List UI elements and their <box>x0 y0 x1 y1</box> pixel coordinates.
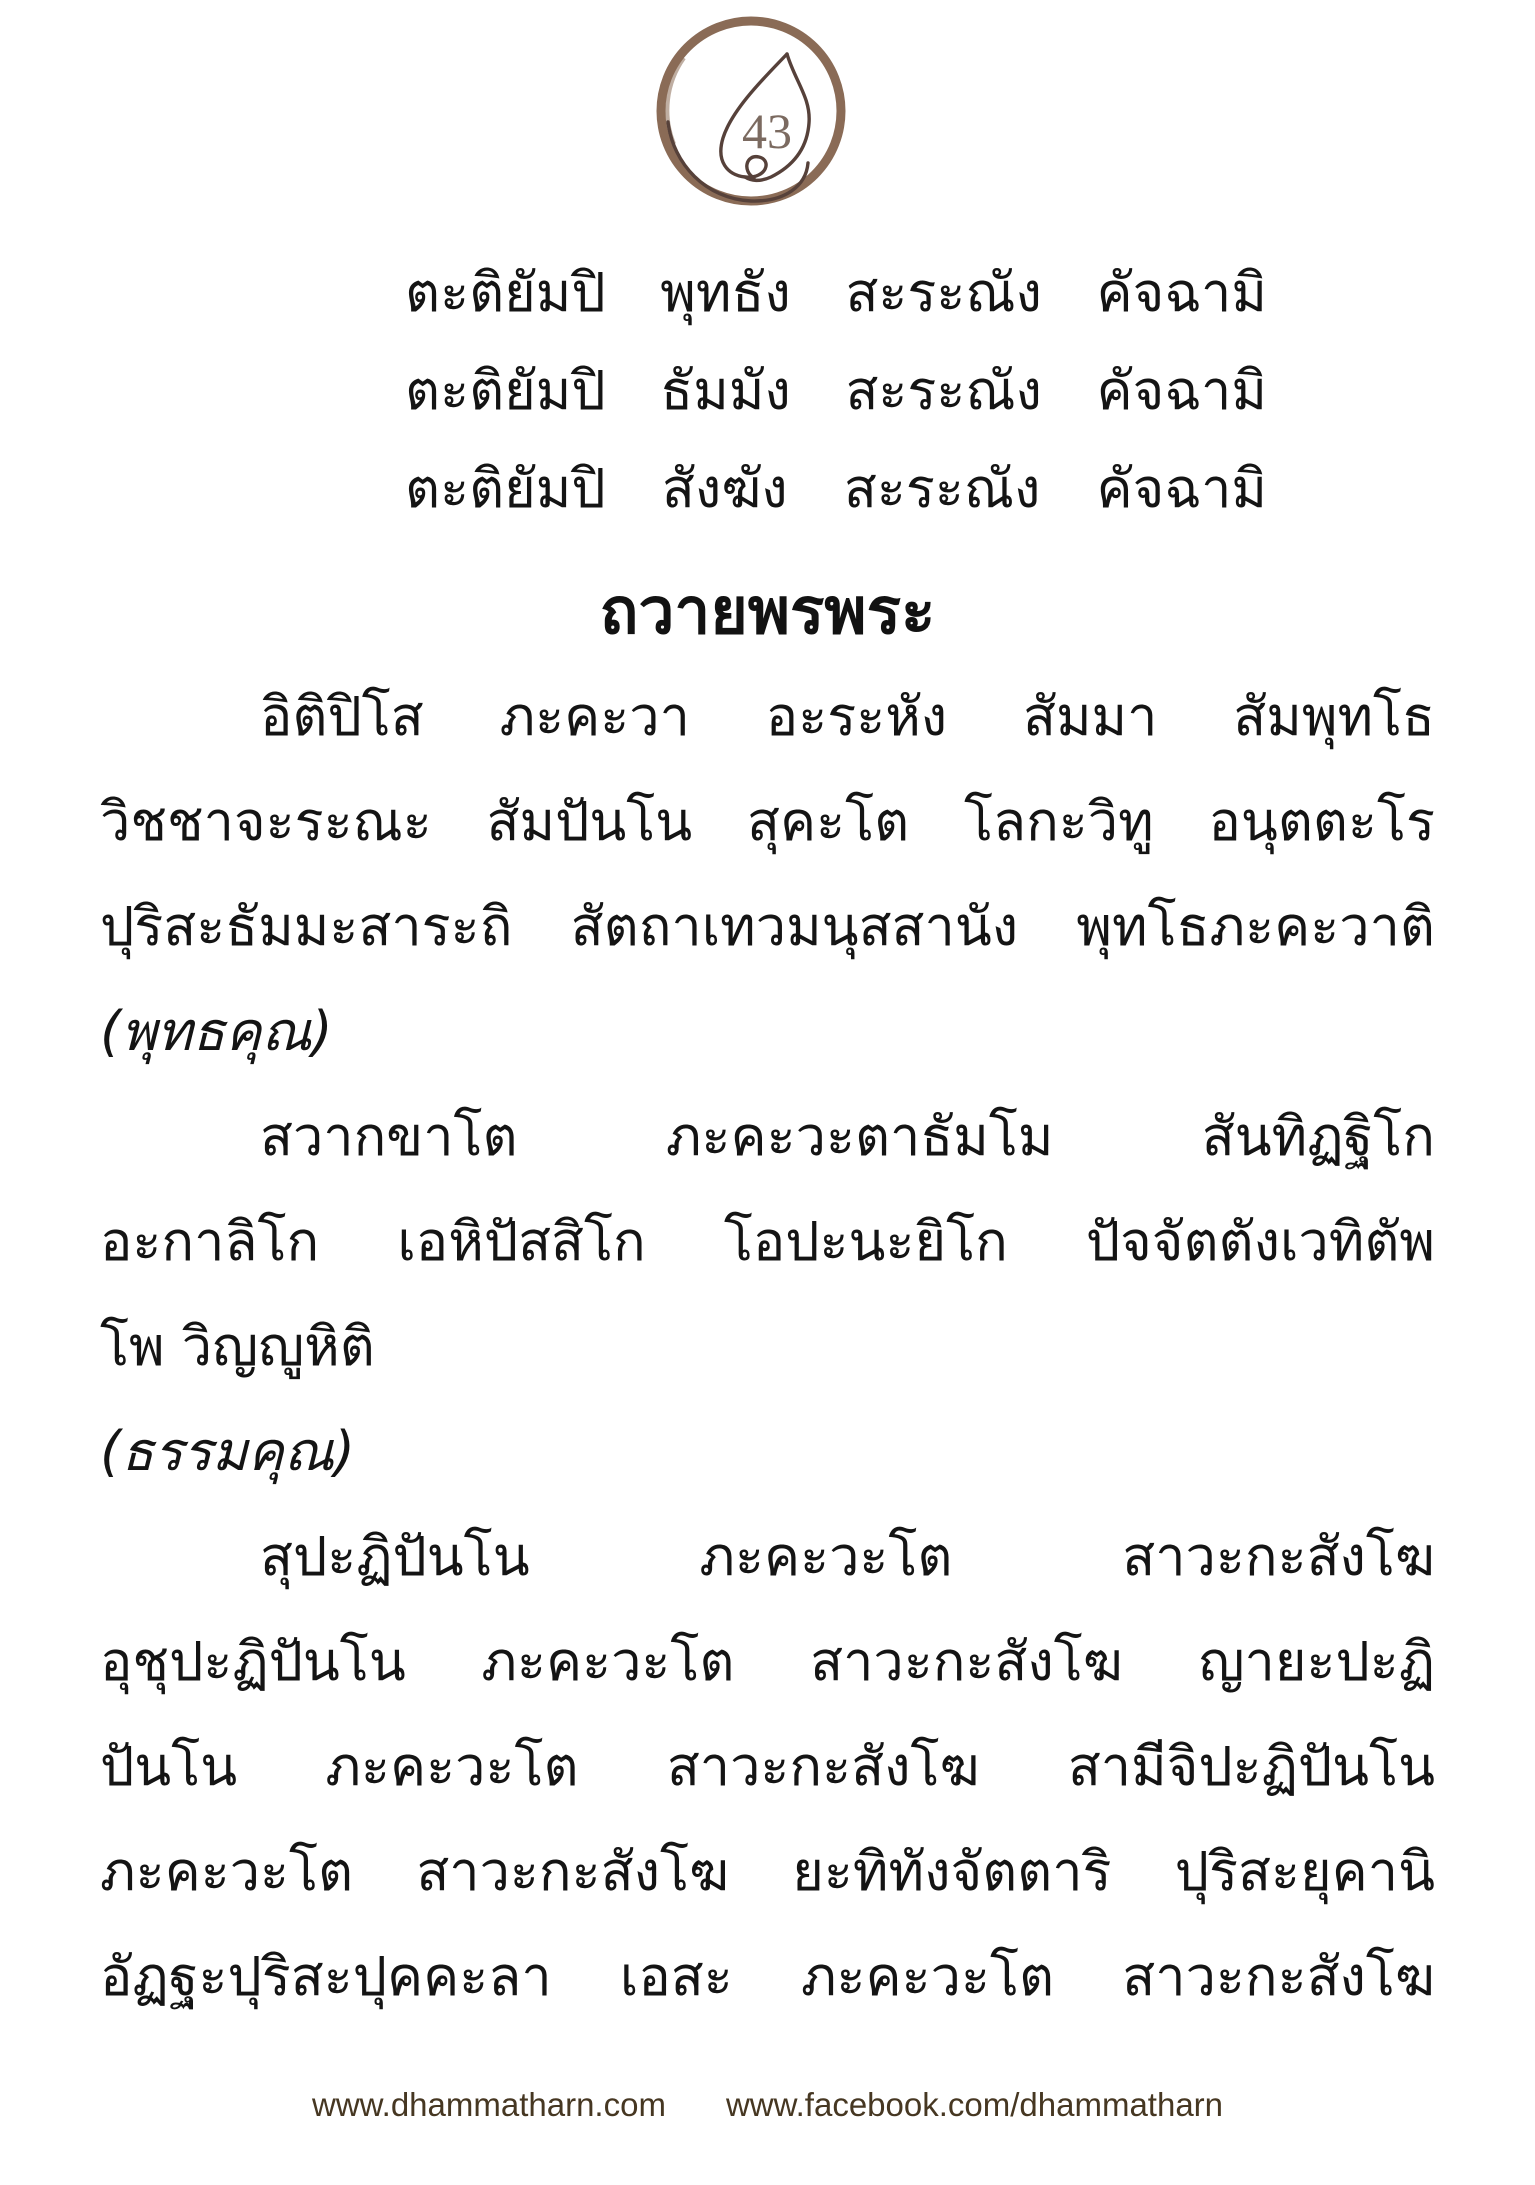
chant-word: คัจฉามิ <box>1097 342 1267 440</box>
page-footer: www.dhammatharn.com www.facebook.com/dha… <box>0 2083 1535 2127</box>
body-line-caption: (ธรรมคุณ) <box>100 1399 1435 1504</box>
chant-word: สะระณัง <box>845 342 1041 440</box>
refuge-chant-block: ตะติยัมปิ พุทธัง สะระณัง คัจฉามิ ตะติยัม… <box>405 244 1267 538</box>
chant-word: ตะติยัมปิ <box>405 440 606 538</box>
body-line: อุชุปะฏิปันโน ภะคะวะโต สาวะกะสังโฆ ญายะป… <box>100 1609 1435 1714</box>
website-url: www.dhammatharn.com <box>312 2083 666 2127</box>
chant-word: พุทธัง <box>660 244 791 342</box>
chant-word: ตะติยัมปิ <box>405 342 606 440</box>
chant-word: สะระณัง <box>845 244 1041 342</box>
body-line: ปุริสะธัมมะสาระถิ สัตถาเทวมนุสสานัง พุทโ… <box>100 874 1435 979</box>
chant-word: สะระณัง <box>844 440 1040 538</box>
body-line: วิชชาจะระณะ สัมปันโน สุคะโต โลกะวิทู อนุ… <box>100 769 1435 874</box>
chant-word: ธัมมัง <box>660 342 791 440</box>
body-line: อะกาลิโก เอหิปัสสิโก โอปะนะยิโก ปัจจัตตั… <box>100 1189 1435 1294</box>
body-line: สวากขาโต ภะคะวะตาธัมโม สันทิฏฐิโก <box>100 1084 1435 1189</box>
chant-body: อิติปิโส ภะคะวา อะระหัง สัมมา สัมพุทโธ ว… <box>100 664 1435 2029</box>
chant-word: ตะติยัมปิ <box>405 244 606 342</box>
chant-line: ตะติยัมปิ สังฆัง สะระณัง คัจฉามิ <box>405 440 1267 538</box>
section-heading: ถวายพรพระ <box>0 566 1535 658</box>
body-line: อัฏฐะปุริสะปุคคะลา เอสะ ภะคะวะโต สาวะกะส… <box>100 1924 1435 2029</box>
logo-graphic: 43 <box>654 14 850 210</box>
chant-line: ตะติยัมปิ ธัมมัง สะระณัง คัจฉามิ <box>405 342 1267 440</box>
body-line: อิติปิโส ภะคะวา อะระหัง สัมมา สัมพุทโธ <box>100 664 1435 769</box>
body-line-caption: (พุทธคุณ) <box>100 979 1435 1084</box>
body-line: ปันโน ภะคะวะโต สาวะกะสังโฆ สามีจิปะฏิปัน… <box>100 1714 1435 1819</box>
body-line: โพ วิญญูหิติ <box>100 1294 1435 1399</box>
chant-word: คัจฉามิ <box>1097 440 1267 538</box>
facebook-url: www.facebook.com/dhammatharn <box>726 2083 1223 2127</box>
chant-word: สังฆัง <box>662 440 788 538</box>
chant-line: ตะติยัมปิ พุทธัง สะระณัง คัจฉามิ <box>405 244 1267 342</box>
page-number: 43 <box>742 103 792 159</box>
page-number-badge: 43 <box>654 14 850 210</box>
chant-word: คัจฉามิ <box>1097 244 1267 342</box>
body-line: ภะคะวะโต สาวะกะสังโฆ ยะทิทังจัตตาริ ปุริ… <box>100 1819 1435 1924</box>
body-line: สุปะฏิปันโน ภะคะวะโต สาวะกะสังโฆ <box>100 1504 1435 1609</box>
book-page: 43 ตะติยัมปิ พุทธัง สะระณัง คัจฉามิ ตะติ… <box>0 0 1535 2185</box>
